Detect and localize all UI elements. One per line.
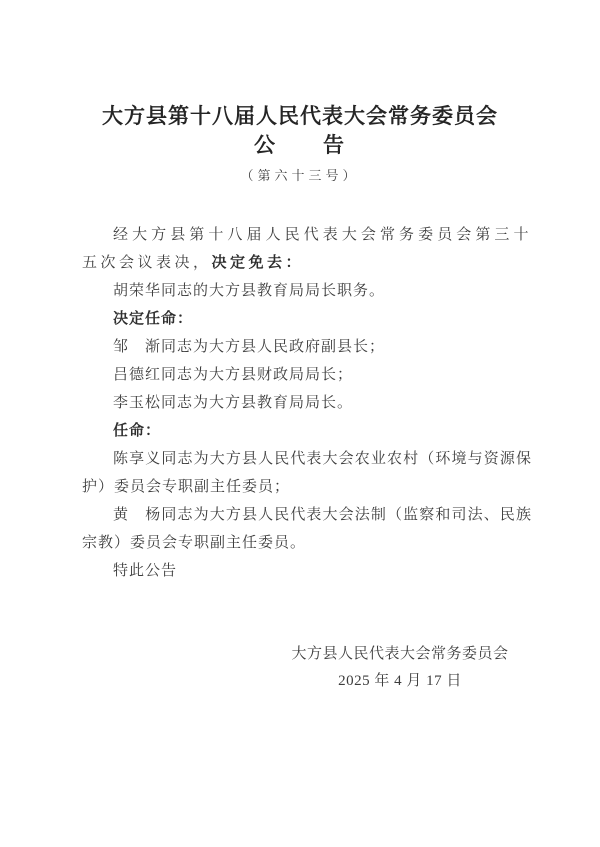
body-text: 李玉松同志为大方县教育局局长。: [113, 395, 353, 411]
paragraph: 特此公告: [82, 557, 532, 585]
paragraph: 李玉松同志为大方县教育局局长。: [82, 389, 532, 417]
paragraph: 经大方县第十八届人民代表大会常务委员会第三十五次会议表决，决定免去：: [82, 221, 532, 277]
body-text: 邹 渐同志为大方县人民政府副县长；: [113, 339, 385, 355]
issuer-name: 大方县人民代表大会常务委员会: [190, 641, 600, 668]
paragraph: 任命：: [82, 417, 532, 445]
body-text: 经大方县第十八届人民代表大会常务委员会第三十五次会议表决，: [82, 227, 532, 271]
body-text: 陈享义同志为大方县人民代表大会农业农村（环境与资源保护）委员会专职副主任委员；: [82, 451, 532, 495]
bold-label-text: 任命：: [113, 423, 161, 439]
issue-date: 2025 年 4 月 17 日: [190, 668, 600, 695]
announcement-document-page: 大方县第十八届人民代表大会常务委员会 公 告 （第六十三号） 经大方县第十八届人…: [0, 0, 600, 847]
paragraph: 吕德红同志为大方县财政局局长；: [82, 361, 532, 389]
document-header: 大方县第十八届人民代表大会常务委员会 公 告 （第六十三号）: [0, 0, 600, 185]
document-subtitle: 公 告: [0, 133, 600, 159]
body-text: 特此公告: [113, 563, 177, 579]
body-text: 黄 杨同志为大方县人民代表大会法制（监察和司法、民族宗教）委员会专职副主任委员。: [82, 507, 532, 551]
bold-label-text: 决定免去：: [212, 255, 305, 271]
document-number: （第六十三号）: [0, 167, 600, 185]
paragraph: 决定任命：: [82, 305, 532, 333]
paragraph: 胡荣华同志的大方县教育局局长职务。: [82, 277, 532, 305]
paragraph: 邹 渐同志为大方县人民政府副县长；: [82, 333, 532, 361]
paragraph: 陈享义同志为大方县人民代表大会农业农村（环境与资源保护）委员会专职副主任委员；: [82, 445, 532, 501]
document-title: 大方县第十八届人民代表大会常务委员会: [0, 104, 600, 130]
body-text: 吕德红同志为大方县财政局局长；: [113, 367, 353, 383]
signature-block: 大方县人民代表大会常务委员会 2025 年 4 月 17 日: [190, 641, 600, 695]
body-text: 胡荣华同志的大方县教育局局长职务。: [113, 283, 385, 299]
bold-label-text: 决定任命：: [113, 311, 193, 327]
document-body: 经大方县第十八届人民代表大会常务委员会第三十五次会议表决，决定免去：胡荣华同志的…: [0, 221, 600, 585]
paragraph: 黄 杨同志为大方县人民代表大会法制（监察和司法、民族宗教）委员会专职副主任委员。: [82, 501, 532, 557]
